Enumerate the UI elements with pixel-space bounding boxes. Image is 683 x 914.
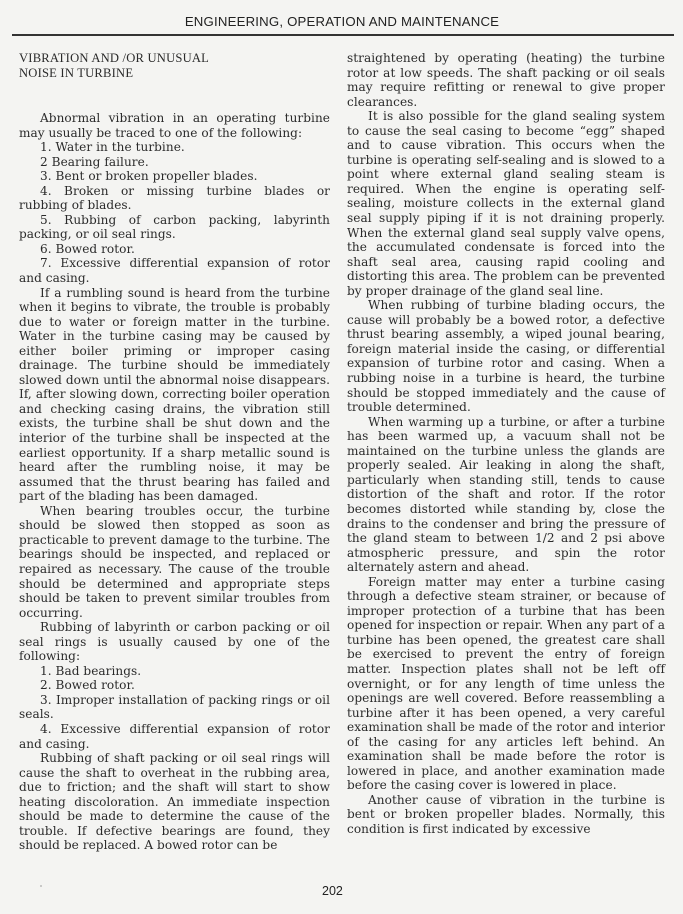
- list-item: 1. Water in the turbine.: [19, 140, 330, 155]
- intro-paragraph: Abnormal vibration in an operating turbi…: [19, 111, 330, 140]
- list-item: 2. Bowed rotor.: [19, 678, 330, 693]
- blading-paragraph: When rubbing of turbine blading occurs, …: [347, 298, 665, 414]
- list-item: 4. Broken or missing turbine blades or r…: [19, 184, 330, 213]
- list-item: 3. Improper installation of packing ring…: [19, 693, 330, 722]
- rubbing-intro-paragraph: Rubbing of labyrinth or carbon packing o…: [19, 620, 330, 664]
- right-column: straightened by operating (heating) the …: [347, 51, 665, 837]
- list-item: 6. Bowed rotor.: [19, 242, 330, 257]
- list-item: 7. Excessive differential expansion of r…: [19, 256, 330, 285]
- left-column: VIBRATION AND /OR UNUSUAL NOISE IN TURBI…: [19, 51, 330, 853]
- section-title-line-2: NOISE IN TURBINE: [19, 66, 330, 81]
- section-title: VIBRATION AND /OR UNUSUAL NOISE IN TURBI…: [19, 51, 330, 81]
- shaft-paragraph: Rubbing of shaft packing or oil seal rin…: [19, 751, 330, 853]
- warming-paragraph: When warming up a turbine, or after a tu…: [347, 415, 665, 575]
- list-item: 2 Bearing failure.: [19, 155, 330, 170]
- section-title-line-1: VIBRATION AND /OR UNUSUAL: [19, 51, 330, 66]
- continued-paragraph: straightened by operating (heating) the …: [347, 51, 665, 109]
- scan-speck: [40, 885, 42, 887]
- header-rule: [12, 34, 674, 36]
- bearing-paragraph: When bearing troubles occur, the turbine…: [19, 504, 330, 620]
- list-item: 1. Bad bearings.: [19, 664, 330, 679]
- list-item: 5. Rubbing of carbon packing, labyrinth …: [19, 213, 330, 242]
- list-item: 3. Bent or broken propeller blades.: [19, 169, 330, 184]
- running-header: ENGINEERING, OPERATION AND MAINTENANCE: [12, 14, 672, 29]
- page-number: 202: [322, 884, 343, 898]
- gland-paragraph: It is also possible for the gland sealin…: [347, 109, 665, 298]
- list-item: 4. Excessive differential expansion of r…: [19, 722, 330, 751]
- rumbling-paragraph: If a rumbling sound is heard from the tu…: [19, 286, 330, 504]
- foreign-matter-paragraph: Foreign matter may enter a turbine casin…: [347, 575, 665, 793]
- propeller-paragraph: Another cause of vibration in the turbin…: [347, 793, 665, 837]
